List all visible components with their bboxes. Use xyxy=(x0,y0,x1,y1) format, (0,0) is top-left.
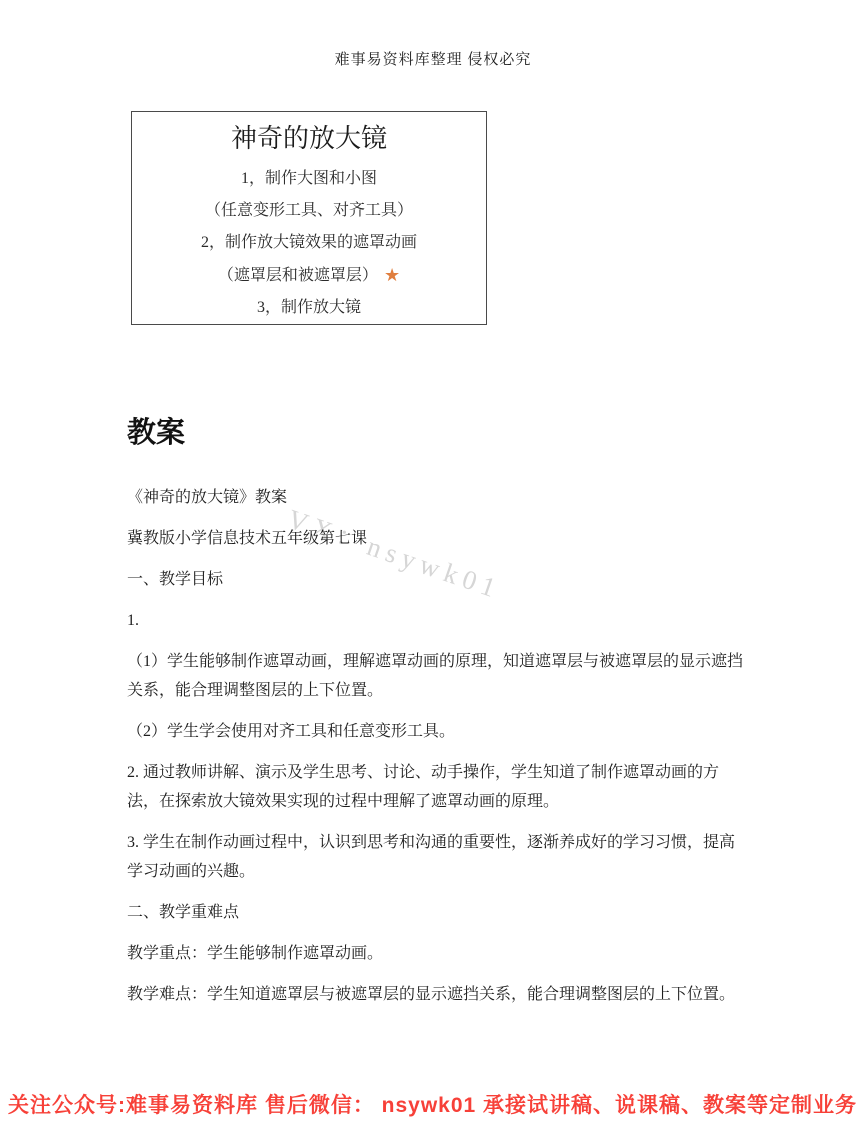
paragraph-goal-3: 2. 通过教师讲解、演示及学生思考、讨论、动手操作，学生知道了制作遮罩动画的方法… xyxy=(127,758,745,816)
paragraph-item-1: 1. xyxy=(127,606,745,635)
paragraph-section-2: 二、教学重难点 xyxy=(127,898,745,927)
paragraph-goal-1: （1）学生能够制作遮罩动画，理解遮罩动画的原理，知道遮罩层与被遮罩层的显示遮挡关… xyxy=(127,647,745,705)
paragraph-key-point: 教学重点：学生能够制作遮罩动画。 xyxy=(127,939,745,968)
paragraph-goal-2: （2）学生学会使用对齐工具和任意变形工具。 xyxy=(127,717,745,746)
footer-notice: 关注公众号:难事易资料库 售后微信： nsywk01 承接试讲稿、说课稿、教案等… xyxy=(8,1089,857,1119)
summary-box-line: （遮罩层和被遮罩层）★ xyxy=(132,259,486,292)
star-icon: ★ xyxy=(384,265,400,285)
paragraph-section-1: 一、教学目标 xyxy=(127,565,745,594)
summary-box-line-text: （遮罩层和被遮罩层） xyxy=(218,267,378,284)
document-page: 难事易资料库整理 侵权必究 神奇的放大镜 1，制作大图和小图 （任意变形工具、对… xyxy=(0,0,866,1122)
summary-box-title: 神奇的放大镜 xyxy=(132,121,486,157)
summary-box: 神奇的放大镜 1，制作大图和小图 （任意变形工具、对齐工具） 2，制作放大镜效果… xyxy=(131,111,487,325)
document-body: 教案 《神奇的放大镜》教案 冀教版小学信息技术五年级第七课 一、教学目标 1. … xyxy=(127,416,745,1021)
paragraph-goal-4: 3. 学生在制作动画过程中，认识到思考和沟通的重要性，逐渐养成好的学习习惯，提高… xyxy=(127,828,745,886)
paragraph-course-info: 冀教版小学信息技术五年级第七课 xyxy=(127,524,745,553)
header-note: 难事易资料库整理 侵权必究 xyxy=(0,48,866,69)
summary-box-line: 1，制作大图和小图 xyxy=(132,163,486,195)
paragraph-book-title: 《神奇的放大镜》教案 xyxy=(127,483,745,512)
summary-box-line: 2，制作放大镜效果的遮罩动画 xyxy=(132,227,486,259)
paragraph-difficult-point: 教学难点：学生知道遮罩层与被遮罩层的显示遮挡关系，能合理调整图层的上下位置。 xyxy=(127,980,745,1009)
page-title: 教案 xyxy=(127,416,745,451)
summary-box-line: 3，制作放大镜 xyxy=(132,292,486,324)
summary-box-line: （任意变形工具、对齐工具） xyxy=(132,195,486,227)
